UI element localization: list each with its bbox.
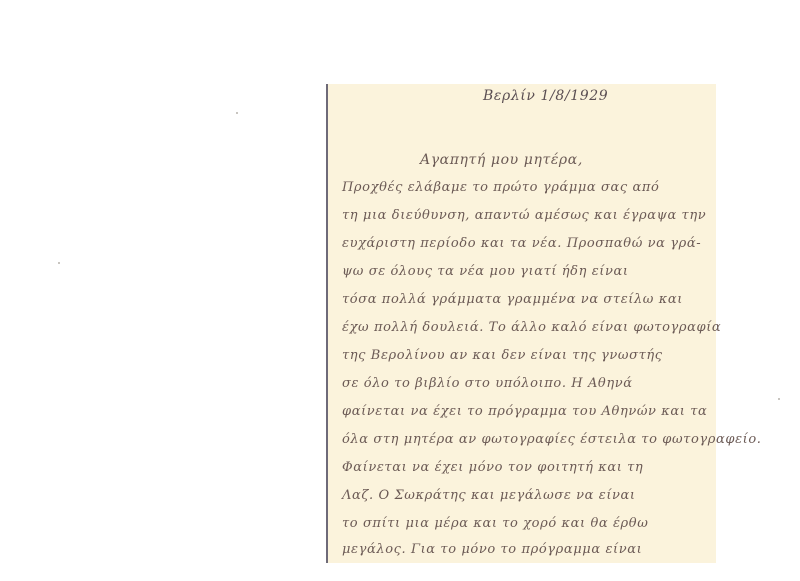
letter-line: όλα στη μητέρα αν φωτογραφίες έστειλα το…	[342, 432, 762, 447]
letter-line: το σπίτι μια μέρα και το χορό και θα έρθ…	[342, 516, 648, 531]
salutation: Αγαπητή μου μητέρα,	[420, 152, 583, 168]
letter-line: τόσα πολλά γράμματα γραμμένα να στείλω κ…	[342, 292, 683, 307]
letter-line: Φαίνεται να έχει μόνο τον φοιτητή και τη	[342, 460, 643, 475]
letter-line: ευχάριστη περίοδο και τα νέα. Προσπαθώ ν…	[342, 236, 701, 251]
scan-speck	[236, 112, 238, 114]
date-line: Βερλίν 1/8/1929	[483, 88, 608, 104]
letter-line: ψω σε όλους τα νέα μου γιατί ήδη είναι	[342, 264, 629, 279]
letter-line: σε όλο το βιβλίο στο υπόλοιπο. Η Αθηνά	[342, 376, 633, 391]
letter-line: φαίνεται να έχει το πρόγραμμα του Αθηνών…	[342, 404, 707, 419]
letter-line: της Βερολίνου αν και δεν είναι της γνωστ…	[342, 348, 663, 363]
scan-speck	[778, 398, 780, 400]
scan-speck	[58, 262, 60, 264]
letter-line: μεγάλος. Για το μόνο το πρόγραμμα είναι	[342, 542, 642, 557]
letter-page: Βερλίν 1/8/1929 Αγαπητή μου μητέρα, Προχ…	[326, 84, 716, 563]
letter-line: τη μια διεύθυνση, απαντώ αμέσως και έγρα…	[342, 208, 706, 223]
letter-line: έχω πολλή δουλειά. Το άλλο καλό είναι φω…	[342, 320, 721, 335]
letter-line: Λαζ. Ο Σωκράτης και μεγάλωσε να είναι	[342, 488, 636, 503]
letter-line: Προχθές ελάβαμε το πρώτο γράμμα σας από	[342, 180, 659, 195]
